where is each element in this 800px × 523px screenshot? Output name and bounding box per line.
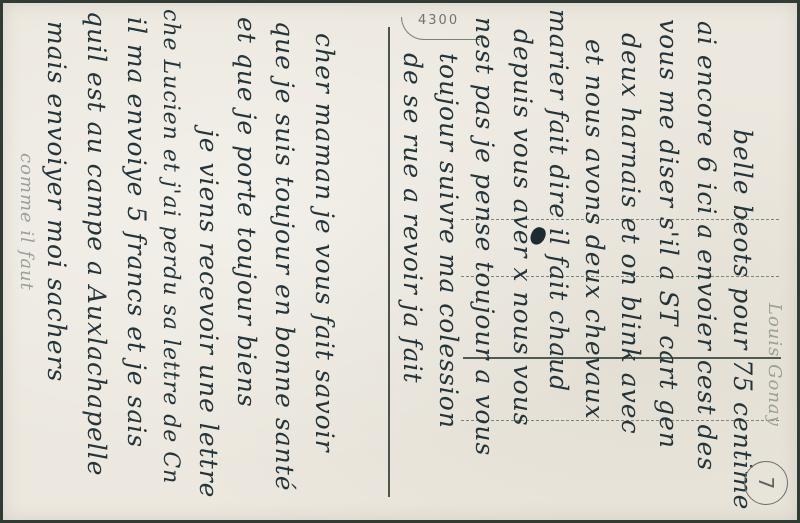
circled-page-number: 7	[744, 461, 788, 505]
message-line-pencil: comme il faut	[11, 153, 41, 291]
continuation-line: belle beots pour 75 centime	[727, 129, 757, 510]
message-line: cher maman je vous fait savoir	[309, 33, 339, 453]
postcard: 4300 comme il faut mais envoiyer moi sac…	[3, 3, 797, 520]
message-line: che Lucien et j'ai perdu sa lettre de Cn	[155, 9, 185, 484]
continuation-line: nest pas je pense toujour a vous	[469, 17, 499, 456]
message-line: que je suis toujour en bonne santé	[269, 21, 299, 492]
pencil-reference-number: 4300	[418, 13, 459, 28]
continuation-line: toujour suivre ma colession	[433, 53, 463, 429]
continuation-line: ai encore 6 ici a envoier cest des	[691, 21, 721, 471]
continuation-line: deux harnais et on blink avec	[615, 33, 645, 435]
message-line: et que je porte toujour biens	[231, 17, 261, 408]
continuation-line: de se rue a revoir ja fait	[397, 53, 427, 384]
message-line: je viens recevoir une lettre	[193, 129, 223, 498]
message-line: quil est au campe a Auxlachapelle	[81, 11, 111, 477]
message-address-divider	[388, 27, 390, 497]
message-line: il ma envoiye 5 francs et je sais	[121, 17, 151, 448]
continuation-line: et nous avons deux chevaux	[579, 39, 609, 420]
continuation-line: depuis vous aver x nous vous	[507, 29, 537, 427]
continuation-line: marier fait dire il fait chaud	[543, 9, 573, 392]
signature: Louis Gonay	[759, 303, 789, 427]
continuation-line: vous me diser s'il a ST cart gen	[653, 19, 683, 449]
scan-frame: 4300 comme il faut mais envoiyer moi sac…	[0, 0, 800, 523]
message-line: mais envoiyer moi sachers	[41, 21, 71, 382]
